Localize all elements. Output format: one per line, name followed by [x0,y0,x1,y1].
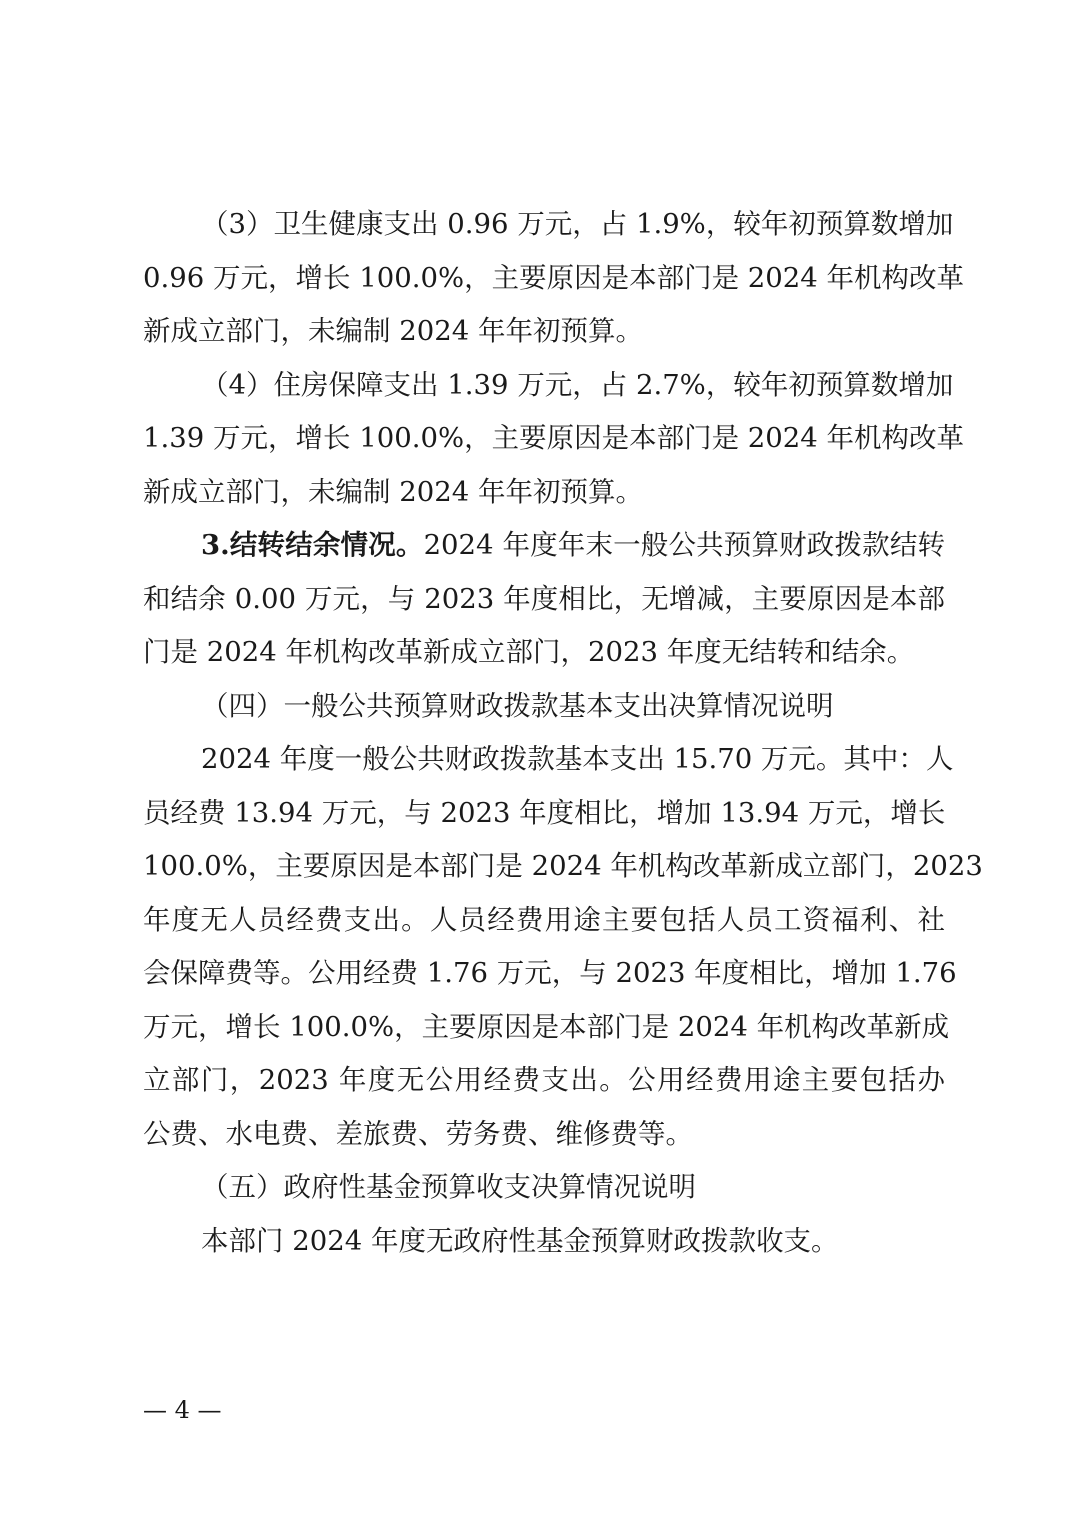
section-heading-4: （四）一般公共预算财政拨款基本支出决算情况说明 [143,680,945,734]
text-line: 和结余 0.00 万元，与 2023 年度相比，无增减，主要原因是本部 [143,573,945,627]
paragraph-basic-expenditure: 2024 年度一般公共财政拨款基本支出 15.70 万元。其中：人 员经费 13… [143,733,945,1161]
text-line: 万元，增长 100.0%，主要原因是本部门是 2024 年机构改革新成 [143,1001,945,1055]
text-line: （3）卫生健康支出 0.96 万元，占 1.9%，较年初预算数增加 [143,198,945,252]
text-line: 本部门 2024 年度无政府性基金预算财政拨款收支。 [143,1215,945,1269]
text-line: 立部门，2023 年度无公用经费支出。公用经费用途主要包括办 [143,1054,945,1108]
text-line: 100.0%，主要原因是本部门是 2024 年机构改革新成立部门，2023 [143,840,945,894]
paragraph-health-expenditure: （3）卫生健康支出 0.96 万元，占 1.9%，较年初预算数增加 0.96 万… [143,198,945,359]
paragraph-housing-expenditure: （4）住房保障支出 1.39 万元，占 2.7%，较年初预算数增加 1.39 万… [143,359,945,520]
text-line: 3.结转结余情况。2024 年度年末一般公共预算财政拨款结转 [143,519,945,573]
bold-lead: 3.结转结余情况。 [201,529,424,561]
document-page: （3）卫生健康支出 0.96 万元，占 1.9%，较年初预算数增加 0.96 万… [143,198,945,1268]
text-span: 2024 年度年末一般公共预算财政拨款结转 [424,529,945,561]
text-line: 1.39 万元，增长 100.0%，主要原因是本部门是 2024 年机构改革 [143,412,945,466]
paragraph-gov-fund: 本部门 2024 年度无政府性基金预算财政拨款收支。 [143,1215,945,1269]
text-line: 年度无人员经费支出。人员经费用途主要包括人员工资福利、社 [143,894,945,948]
text-line: 员经费 13.94 万元，与 2023 年度相比，增加 13.94 万元，增长 [143,787,945,841]
page-number: — 4 — [143,1395,222,1425]
text-line: 0.96 万元，增长 100.0%，主要原因是本部门是 2024 年机构改革 [143,252,945,306]
text-line: 新成立部门，未编制 2024 年年初预算。 [143,466,945,520]
paragraph-carryover: 3.结转结余情况。2024 年度年末一般公共预算财政拨款结转 和结余 0.00 … [143,519,945,680]
text-line: 会保障费等。公用经费 1.76 万元，与 2023 年度相比，增加 1.76 [143,947,945,1001]
text-line: 2024 年度一般公共财政拨款基本支出 15.70 万元。其中：人 [143,733,945,787]
text-line: 门是 2024 年机构改革新成立部门，2023 年度无结转和结余。 [143,626,945,680]
text-line: 新成立部门，未编制 2024 年年初预算。 [143,305,945,359]
text-line: 公费、水电费、差旅费、劳务费、维修费等。 [143,1108,945,1162]
text-line: （4）住房保障支出 1.39 万元，占 2.7%，较年初预算数增加 [143,359,945,413]
section-heading-5: （五）政府性基金预算收支决算情况说明 [143,1161,945,1215]
